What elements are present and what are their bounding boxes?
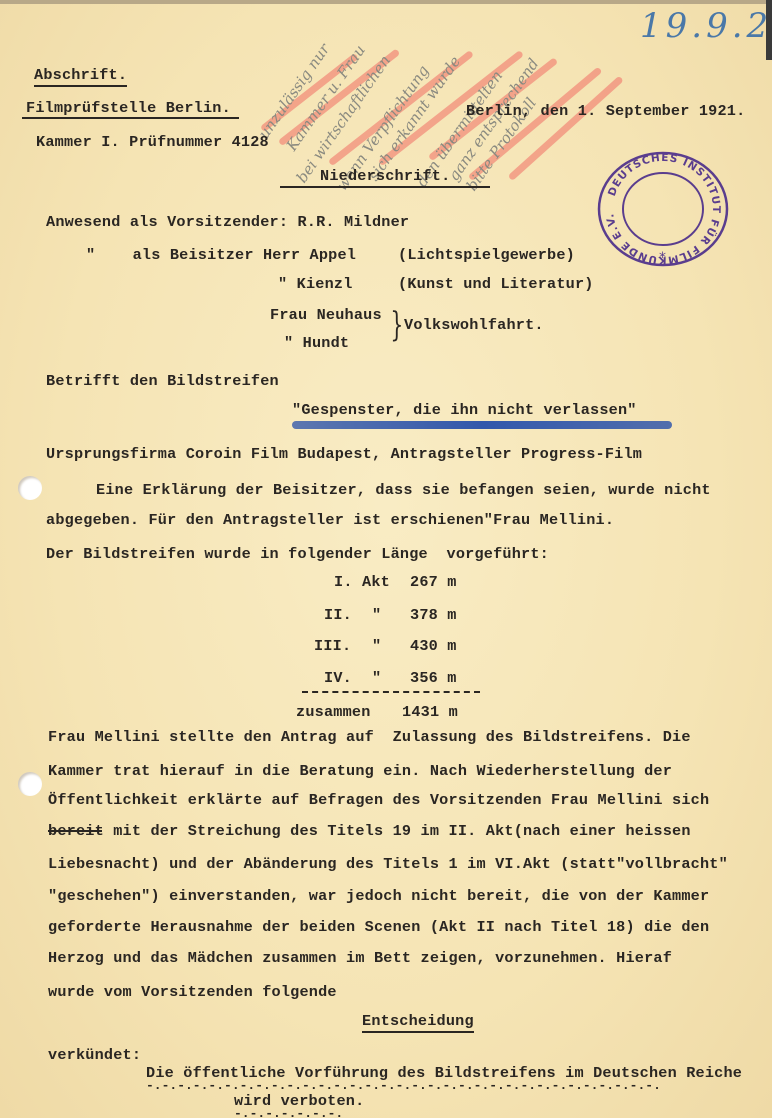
assessor-kienzl-role: (Kunst und Literatur) bbox=[398, 275, 594, 293]
assessor-neuhaus: Frau Neuhaus bbox=[270, 306, 382, 324]
blue-crayon-underline bbox=[292, 421, 672, 429]
institute-stamp: DEUTSCHES INSTITUT FÜR FILMKUNDE E.V. * bbox=[596, 150, 730, 268]
act-length: 267 m bbox=[410, 573, 457, 591]
sum-rule bbox=[302, 691, 480, 693]
chair-line: Anwesend als Vorsitzender: R.R. Mildner bbox=[46, 213, 409, 231]
body-line: Frau Mellini stellte den Antrag auf Zula… bbox=[48, 728, 691, 746]
length-intro: Der Bildstreifen wurde in folgender Läng… bbox=[46, 545, 549, 563]
act-label: Akt bbox=[362, 573, 390, 591]
announced-label: verkündet: bbox=[48, 1046, 141, 1064]
assessor-appel: " als Beisitzer Herr Appel bbox=[86, 246, 356, 264]
punch-hole bbox=[18, 476, 42, 500]
body-line: Kammer trat hierauf in die Beratung ein.… bbox=[48, 762, 672, 780]
decision-heading: Entscheidung bbox=[362, 1012, 474, 1033]
act-length: 378 m bbox=[410, 606, 457, 624]
chamber-exam-number: Kammer I. Prüfnummer 4128 bbox=[36, 133, 269, 151]
title-underline bbox=[280, 186, 490, 188]
punch-hole bbox=[18, 772, 42, 796]
copy-label: Abschrift. bbox=[34, 66, 127, 87]
subject-label: Betrifft den Bildstreifen bbox=[46, 372, 279, 390]
verdict-underline: -.-.-.-.-.-.-. bbox=[234, 1106, 343, 1118]
assessor-kienzl: " Kienzl bbox=[278, 275, 353, 293]
act-length: 430 m bbox=[410, 637, 457, 655]
place-date: Berlin, den 1. September 1921. bbox=[466, 102, 745, 120]
film-title: "Gespenster, die ihn nicht verlassen" bbox=[292, 401, 637, 419]
bracket: } bbox=[390, 305, 403, 345]
act-length: 356 m bbox=[410, 669, 457, 687]
assessor-appel-role: (Lichtspielgewerbe) bbox=[398, 246, 575, 264]
act-number: II. bbox=[324, 606, 352, 624]
decision-underline: -.-.-.-.-.-.-.-.-.-.-.-.-.-.-.-.-.-.-.-.… bbox=[146, 1078, 661, 1093]
act-label: " bbox=[372, 669, 381, 687]
office-name: Filmprüfstelle Berlin. bbox=[22, 99, 239, 119]
body-line: geforderte Herausnahme der beiden Scenen… bbox=[48, 918, 709, 936]
body-line: bereit mit der Streichung des Titels 19 … bbox=[48, 822, 691, 840]
body-line: "geschehen") einverstanden, war jedoch n… bbox=[48, 887, 709, 905]
svg-text:*: * bbox=[659, 250, 666, 266]
document-page: unzulässig nur Kammer u. Frau bei wirtsc… bbox=[0, 0, 772, 1118]
total-label: zusammen bbox=[296, 703, 371, 721]
act-label: " bbox=[372, 637, 381, 655]
handwritten-date: 19.9.21 bbox=[640, 6, 772, 46]
document-title: Niederschrift. bbox=[320, 167, 450, 185]
assessor-hundt: " Hundt bbox=[284, 334, 349, 352]
act-label: " bbox=[372, 606, 381, 624]
body-line: wurde vom Vorsitzenden folgende bbox=[48, 983, 337, 1001]
act-number: I. bbox=[334, 573, 353, 591]
group-role: Volkswohlfahrt. bbox=[404, 316, 544, 334]
body-line: Herzog und das Mädchen zusammen im Bett … bbox=[48, 949, 672, 967]
paragraph-1-line-1: Eine Erklärung der Beisitzer, dass sie b… bbox=[96, 481, 711, 499]
body-line: Öffentlichkeit erklärte auf Befragen des… bbox=[48, 791, 709, 809]
act-number: IV. bbox=[324, 669, 352, 687]
svg-text:DEUTSCHES INSTITUT FÜR FILMKUN: DEUTSCHES INSTITUT FÜR FILMKUNDE E.V. bbox=[604, 152, 722, 266]
origin-line: Ursprungsfirma Coroin Film Budapest, Ant… bbox=[46, 445, 642, 463]
page-top-edge bbox=[0, 0, 772, 4]
total-length: 1431 m bbox=[402, 703, 458, 721]
struck-word bbox=[48, 830, 102, 832]
act-number: III. bbox=[314, 637, 351, 655]
body-line: Liebesnacht) und der Abänderung des Tite… bbox=[48, 855, 728, 873]
paragraph-1-line-2: abgegeben. Für den Antragsteller ist ers… bbox=[46, 511, 614, 529]
